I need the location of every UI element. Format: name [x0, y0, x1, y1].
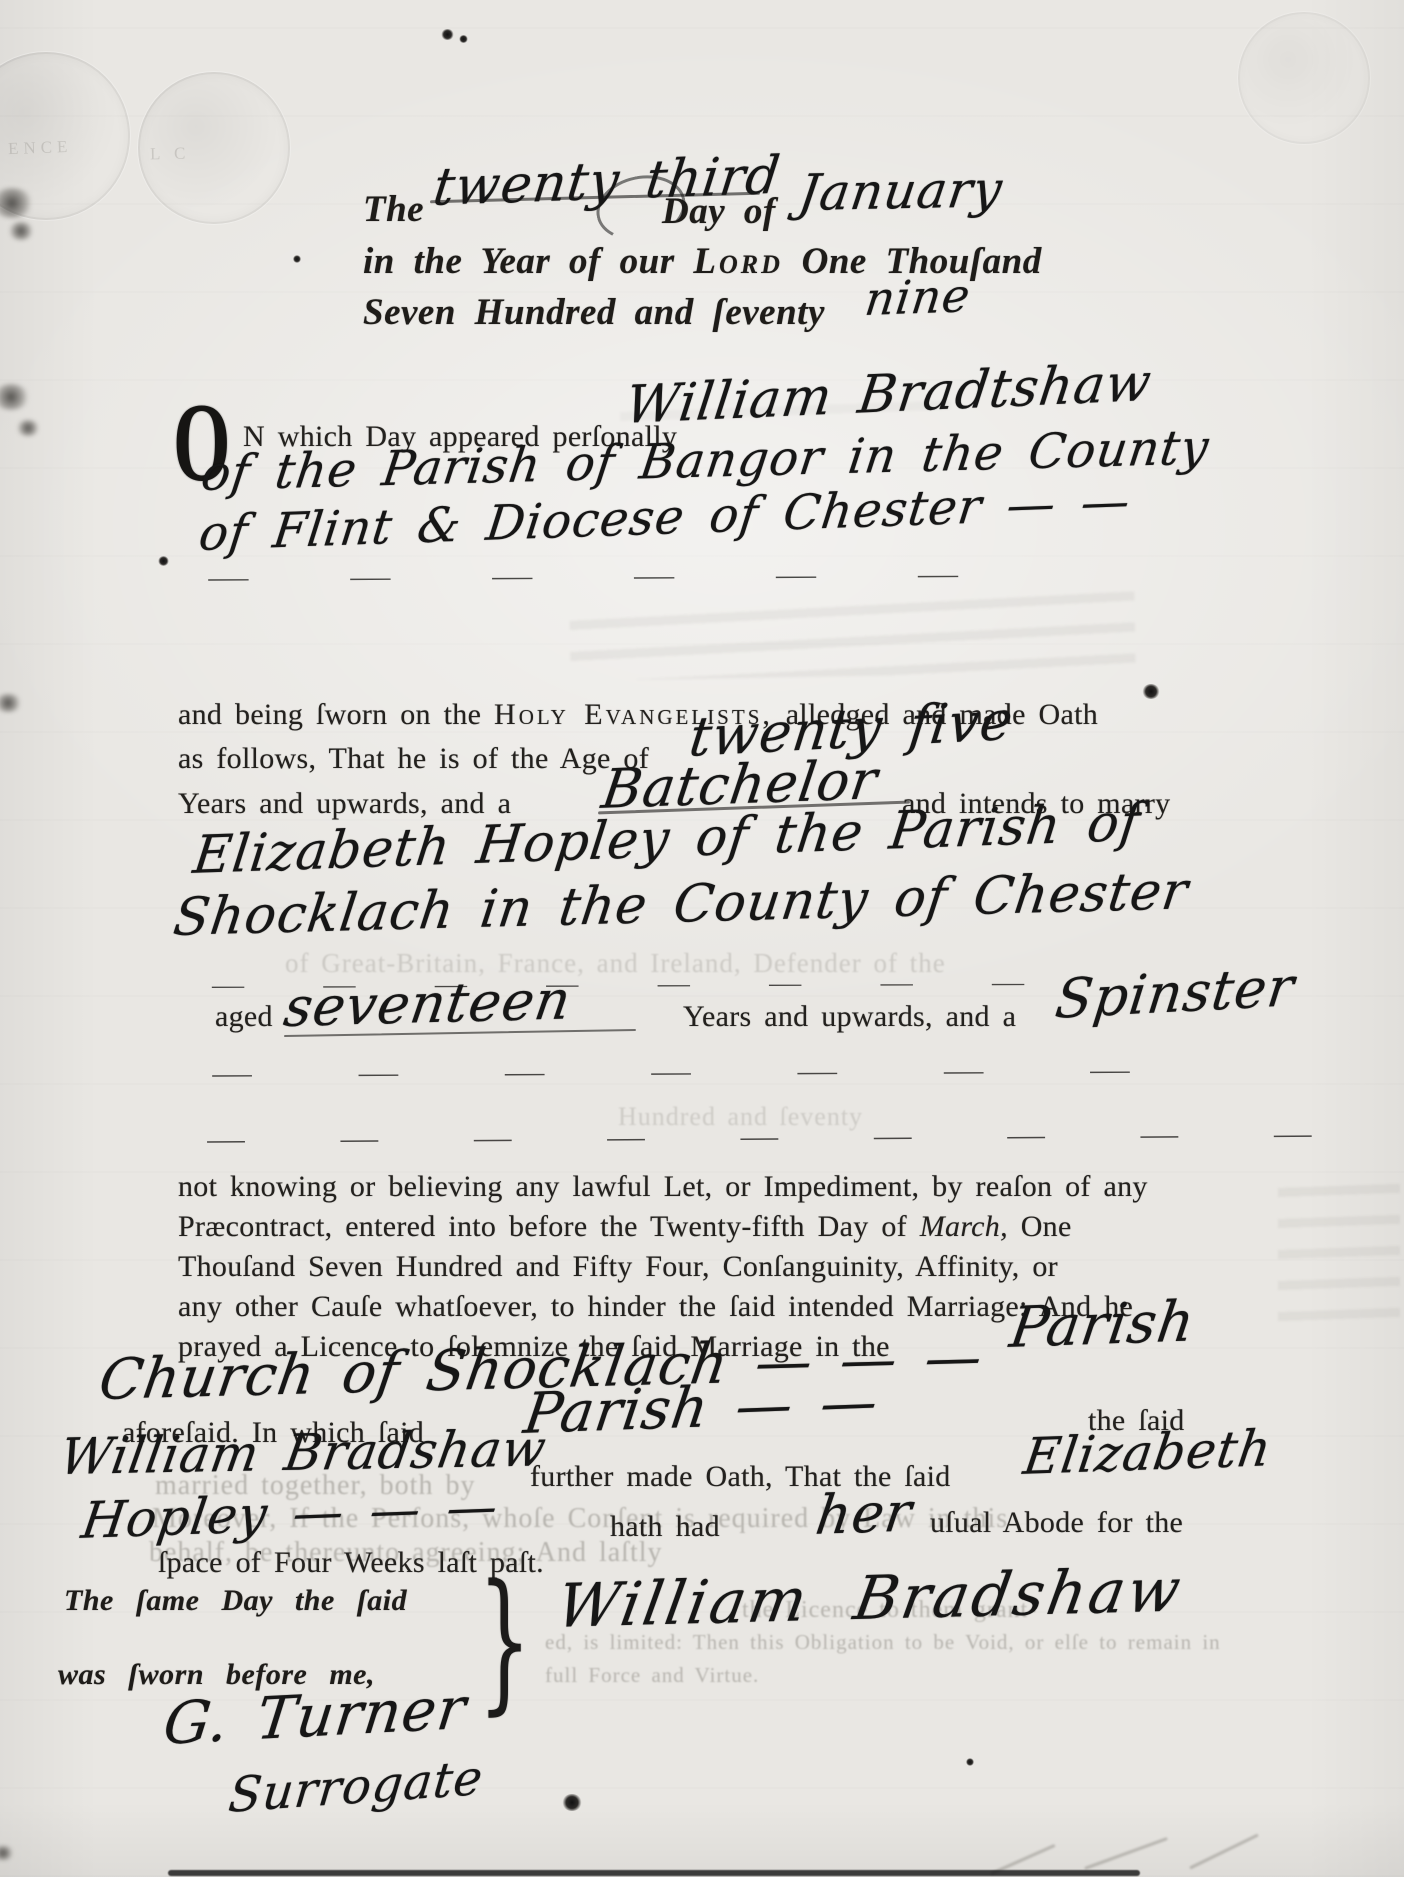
declaration-line-1: not knowing or believing any lawful Let,… — [178, 1170, 1148, 1204]
aged-label: aged — [215, 1000, 273, 1034]
ink-speck — [459, 35, 468, 43]
bride-condition-handwritten: Spinster — [1052, 955, 1298, 1031]
groom-name-handwritten-2: William Bradshaw — [56, 1419, 551, 1486]
filler-dashes: — — — — — — — [206, 564, 961, 591]
parish-handwritten-2: Parish — — — [520, 1369, 883, 1447]
edge-smudge — [0, 1846, 14, 1860]
ink-speck — [1142, 684, 1160, 699]
attestation-line-1: The ſame Day the ſaid — [64, 1584, 407, 1618]
edge-smudge — [0, 694, 22, 712]
document-page: ENCE L C of Great-Britain, France, and I… — [0, 0, 1404, 1877]
parish-handwritten: Parish — [1006, 1289, 1199, 1361]
embossed-stamp — [1238, 12, 1370, 144]
upwards-line-2: Years and upwards, and a — [683, 1000, 1016, 1034]
declaration-march: March, — [920, 1210, 1008, 1243]
faint-scribble — [1084, 1837, 1168, 1870]
bride-age-handwritten: seventeen — [280, 968, 576, 1039]
date-year-line-a: in the Year of our — [363, 241, 675, 282]
ink-speck — [562, 1794, 582, 1811]
bleedthrough-smudge — [1278, 1166, 1400, 1336]
edge-smudge — [16, 420, 40, 436]
date-year-line-2: Seven Hundred and ſeventy — [363, 291, 825, 334]
faint-scribble — [1189, 1833, 1259, 1869]
attestation-brace: } — [478, 1552, 531, 1729]
declaration-line-2: Præcontract, entered into before the Twe… — [178, 1210, 1072, 1244]
date-year-handwritten: nine — [862, 268, 974, 326]
filler-dashes: — — — — — — — — [210, 1058, 1132, 1086]
bride-first-handwritten: Elizabeth — [1020, 1419, 1276, 1486]
bleedthrough-text: full Force and Virtue. — [545, 1663, 759, 1688]
ink-speck — [293, 255, 301, 263]
scan-edge-strip — [168, 1870, 1140, 1876]
surrogate-title: Surrogate — [226, 1750, 486, 1824]
ink-speck — [158, 556, 169, 566]
ink-speck — [441, 29, 454, 40]
declaration-line-2a: Præcontract, entered into before the Twe… — [178, 1210, 907, 1243]
age-lead-line: as follows, That he is of the Age of — [178, 742, 649, 776]
filler-dashes: — — — — — — — — — — [205, 1122, 1314, 1152]
declaration-line-3: Thouſand Seven Hundred and Fifty Four, C… — [178, 1250, 1058, 1284]
stamp-text: ENCE — [8, 137, 73, 159]
declaration-line-2b: One — [1021, 1210, 1072, 1243]
date-month-handwritten: January — [795, 160, 1006, 222]
stamp-text: L C — [150, 144, 191, 165]
bleedthrough-smudge — [569, 589, 1135, 681]
edge-smudge — [8, 222, 34, 240]
abode-line: uſual Abode for the — [930, 1506, 1183, 1540]
ink-speck — [966, 1758, 974, 1766]
hath-had-label: hath had — [610, 1510, 720, 1544]
sworn-line-a: and being ſworn on the — [178, 698, 481, 731]
declaration-line-4: any other Cauſe whatſoever, to hinder th… — [178, 1290, 1133, 1324]
her-handwritten: her — [812, 1480, 916, 1547]
edge-smudge — [0, 384, 30, 410]
date-year-lord: Lord — [693, 241, 783, 282]
date-printed-the: The — [363, 188, 424, 231]
